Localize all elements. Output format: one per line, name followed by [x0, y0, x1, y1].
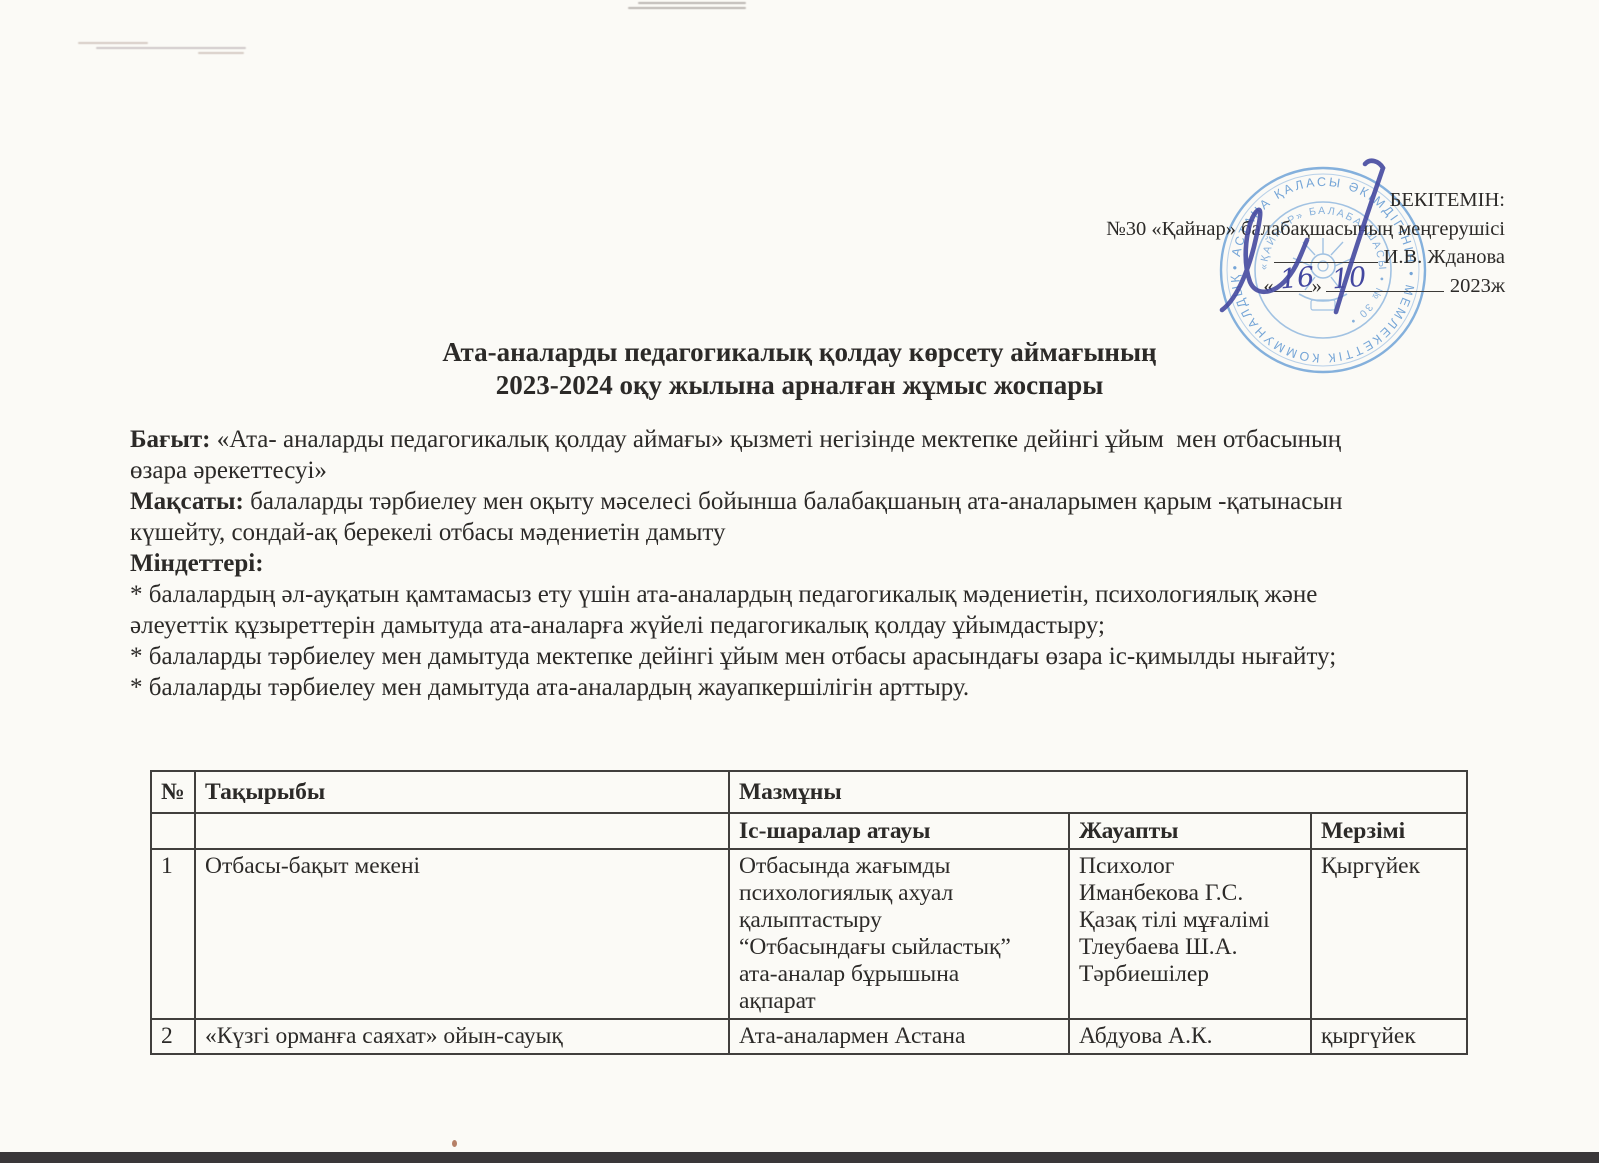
task-item: * балаларды тәрбиелеу мен дамытуда ата-а…	[130, 672, 1530, 703]
cell-activity: Ата-аналармен Астана	[729, 1019, 1069, 1054]
cell-term: Қыргүйек	[1311, 849, 1467, 1019]
header-term: Мерзімі	[1311, 813, 1467, 849]
header-num: №	[151, 771, 195, 813]
task-item: * балаларды тәрбиелеу мен дамытуда мекте…	[130, 641, 1530, 672]
signature-ink-icon	[1200, 148, 1430, 348]
tasks-label: Міндеттері:	[130, 550, 264, 577]
cell-num: 2	[151, 1019, 195, 1054]
scanned-document-page: • АСТАНА ҚАЛАСЫ ӘКІМДІГІНІҢ • МЕМЛЕКЕТТІ…	[0, 0, 1599, 1163]
direction-text: «Ата- аналарды педагогикалық қолдау айма…	[130, 426, 1341, 484]
header-topic: Тақырыбы	[195, 771, 729, 813]
direction-paragraph: Бағыт: «Ата- аналарды педагогикалық қолд…	[130, 424, 1530, 486]
cell-responsible: Психолог Иманбекова Г.С. Қазақ тілі мұға…	[1069, 849, 1311, 1019]
table-header-row-2: Іс-шаралар атауы Жауапты Мерзімі	[151, 813, 1467, 849]
header-content: Мазмұны	[729, 771, 1467, 813]
goal-text: балаларды тәрбиелеу мен оқыту мәселесі б…	[130, 488, 1343, 546]
tasks-label-paragraph: Міндеттері:	[130, 548, 1530, 579]
work-plan-table: № Тақырыбы Мазмұны Іс-шаралар атауы Жауа…	[150, 770, 1468, 1055]
table-row: 1 Отбасы-бақыт мекені Отбасында жағымды …	[151, 849, 1467, 1019]
cell-responsible: Абдуова А.К.	[1069, 1019, 1311, 1054]
cell-topic: Отбасы-бақыт мекені	[195, 849, 729, 1019]
header-empty-cell	[151, 813, 195, 849]
header-empty-cell	[195, 813, 729, 849]
task-item: * балалардың әл-ауқатын қамтамасыз ету ү…	[130, 579, 1530, 641]
document-body: Бағыт: «Ата- аналарды педагогикалық қолд…	[130, 424, 1530, 703]
direction-label: Бағыт:	[130, 426, 211, 453]
pencil-smudge-artifact	[78, 42, 268, 57]
pencil-smudge-artifact	[628, 2, 748, 12]
table-row: 2 «Күзгі орманға саяхат» ойын-сауық Ата-…	[151, 1019, 1467, 1054]
date-year: 2023ж	[1450, 275, 1505, 297]
table-header-row-1: № Тақырыбы Мазмұны	[151, 771, 1467, 813]
header-responsible: Жауапты	[1069, 813, 1311, 849]
scan-edge-strip	[0, 1152, 1599, 1163]
cell-num: 1	[151, 849, 195, 1019]
header-activity: Іс-шаралар атауы	[729, 813, 1069, 849]
goal-label: Мақсаты:	[130, 488, 244, 515]
cell-term: қыргүйек	[1311, 1019, 1467, 1054]
goal-paragraph: Мақсаты: балаларды тәрбиелеу мен оқыту м…	[130, 486, 1530, 548]
cell-activity: Отбасында жағымды психологиялық ахуал қа…	[729, 849, 1069, 1019]
cell-topic: «Күзгі орманға саяхат» ойын-сауық	[195, 1019, 729, 1054]
ink-dot-artifact	[452, 1140, 457, 1147]
